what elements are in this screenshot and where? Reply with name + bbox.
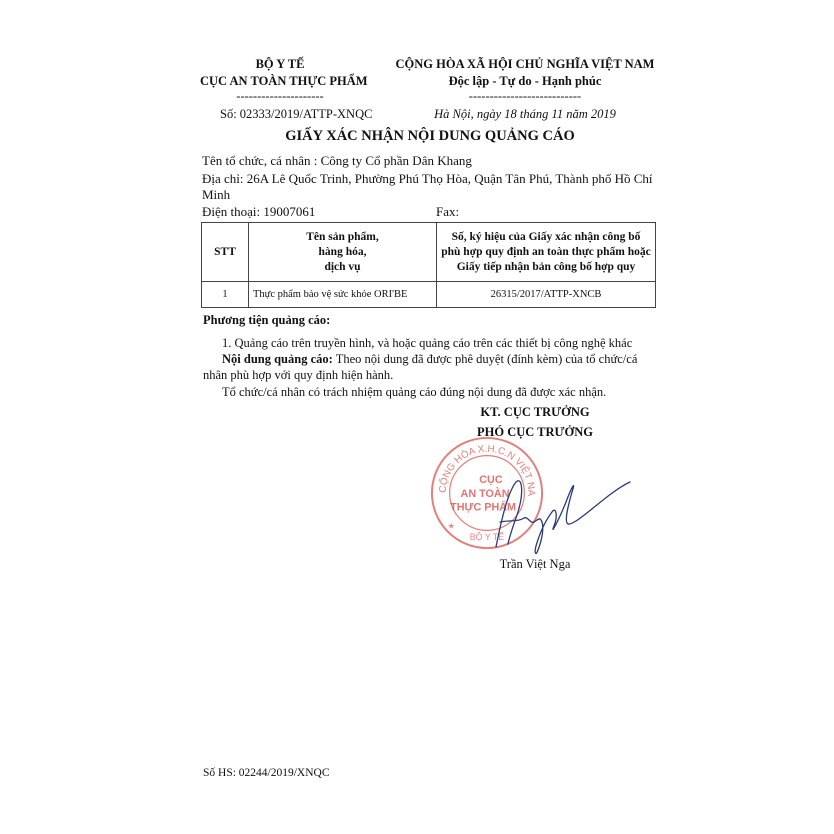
header-divider-left: --------------------- xyxy=(200,90,360,102)
header-product-line: Tên sản phẩm, xyxy=(251,230,434,245)
nation-name: CỘNG HÒA XÃ HỘI CHỦ NGHĨA VIỆT NAM xyxy=(380,56,670,73)
header-divider-right: --------------------------- xyxy=(380,90,670,102)
cell-product: Thực phẩm bảo vệ sức khỏe ORI'BE xyxy=(249,282,437,308)
content-text-cont: nhân phù hợp với quy định hiện hành. xyxy=(203,368,393,383)
svg-text:★: ★ xyxy=(448,521,455,530)
ministry-name: BỘ Y TẾ xyxy=(200,56,360,73)
document-number: Số: 02333/2019/ATTP-XNQC xyxy=(220,107,372,122)
table-row: 1 Thực phẩm bảo vệ sức khỏe ORI'BE 26315… xyxy=(202,282,656,308)
media-item: 1. Quảng cáo trên truyền hình, và hoặc q… xyxy=(222,336,632,351)
header-certificate: Số, ký hiệu của Giấy xác nhận công bố ph… xyxy=(437,223,656,282)
header-product-line: dịch vụ xyxy=(251,260,434,275)
product-table: STT Tên sản phẩm, hàng hóa, dịch vụ Số, … xyxy=(201,222,656,308)
applicant-address-cont: Minh xyxy=(202,187,230,203)
department-name: CỤC AN TOÀN THỰC PHẨM xyxy=(200,73,360,90)
handwritten-signature-icon xyxy=(488,462,638,562)
place-date: Hà Nội, ngày 18 tháng 11 năm 2019 xyxy=(380,107,670,122)
applicant-address: Địa chỉ: 26A Lê Quốc Trinh, Phường Phú T… xyxy=(202,171,653,187)
cell-certificate: 26315/2017/ATTP-XNCB xyxy=(437,282,656,308)
table-header-row: STT Tên sản phẩm, hàng hóa, dịch vụ Số, … xyxy=(202,223,656,282)
content-text: Theo nội dung đã được phê duyệt (đính kè… xyxy=(333,352,638,366)
issuing-authority: BỘ Y TẾ CỤC AN TOÀN THỰC PHẨM ----------… xyxy=(200,56,360,102)
file-number: Số HS: 02244/2019/XNQC xyxy=(203,767,330,779)
cell-stt: 1 xyxy=(202,282,249,308)
header-cert-line: phù hợp quy định an toàn thực phẩm hoặc xyxy=(439,245,653,260)
signer-name: Trần Việt Nga xyxy=(420,557,650,572)
header-stt: STT xyxy=(202,223,249,282)
media-heading: Phương tiện quảng cáo: xyxy=(203,313,330,328)
applicant-name: Tên tổ chức, cá nhân : Công ty Cổ phần D… xyxy=(202,153,472,169)
header-product-line: hàng hóa, xyxy=(251,245,434,260)
national-motto: Độc lập - Tự do - Hạnh phúc xyxy=(380,73,670,90)
header-cert-line: Số, ký hiệu của Giấy xác nhận công bố xyxy=(439,230,653,245)
applicant-phone: Điện thoại: 19007061 xyxy=(202,204,315,220)
responsibility-statement: Tổ chức/cá nhân có trách nhiệm quảng cáo… xyxy=(222,385,606,400)
document-title: GIẤY XÁC NHẬN NỘI DUNG QUẢNG CÁO xyxy=(200,128,660,145)
applicant-fax: Fax: xyxy=(436,204,459,220)
signer-title: KT. CỤC TRƯỞNG xyxy=(420,405,650,420)
content-paragraph: Nội dung quảng cáo: Theo nội dung đã đượ… xyxy=(222,352,637,367)
national-header: CỘNG HÒA XÃ HỘI CHỦ NGHĨA VIỆT NAM Độc l… xyxy=(380,56,670,102)
header-product: Tên sản phẩm, hàng hóa, dịch vụ xyxy=(249,223,437,282)
header-cert-line: Giấy tiếp nhận bản công bố hợp quy xyxy=(439,260,653,275)
content-label: Nội dung quảng cáo: xyxy=(222,352,333,366)
